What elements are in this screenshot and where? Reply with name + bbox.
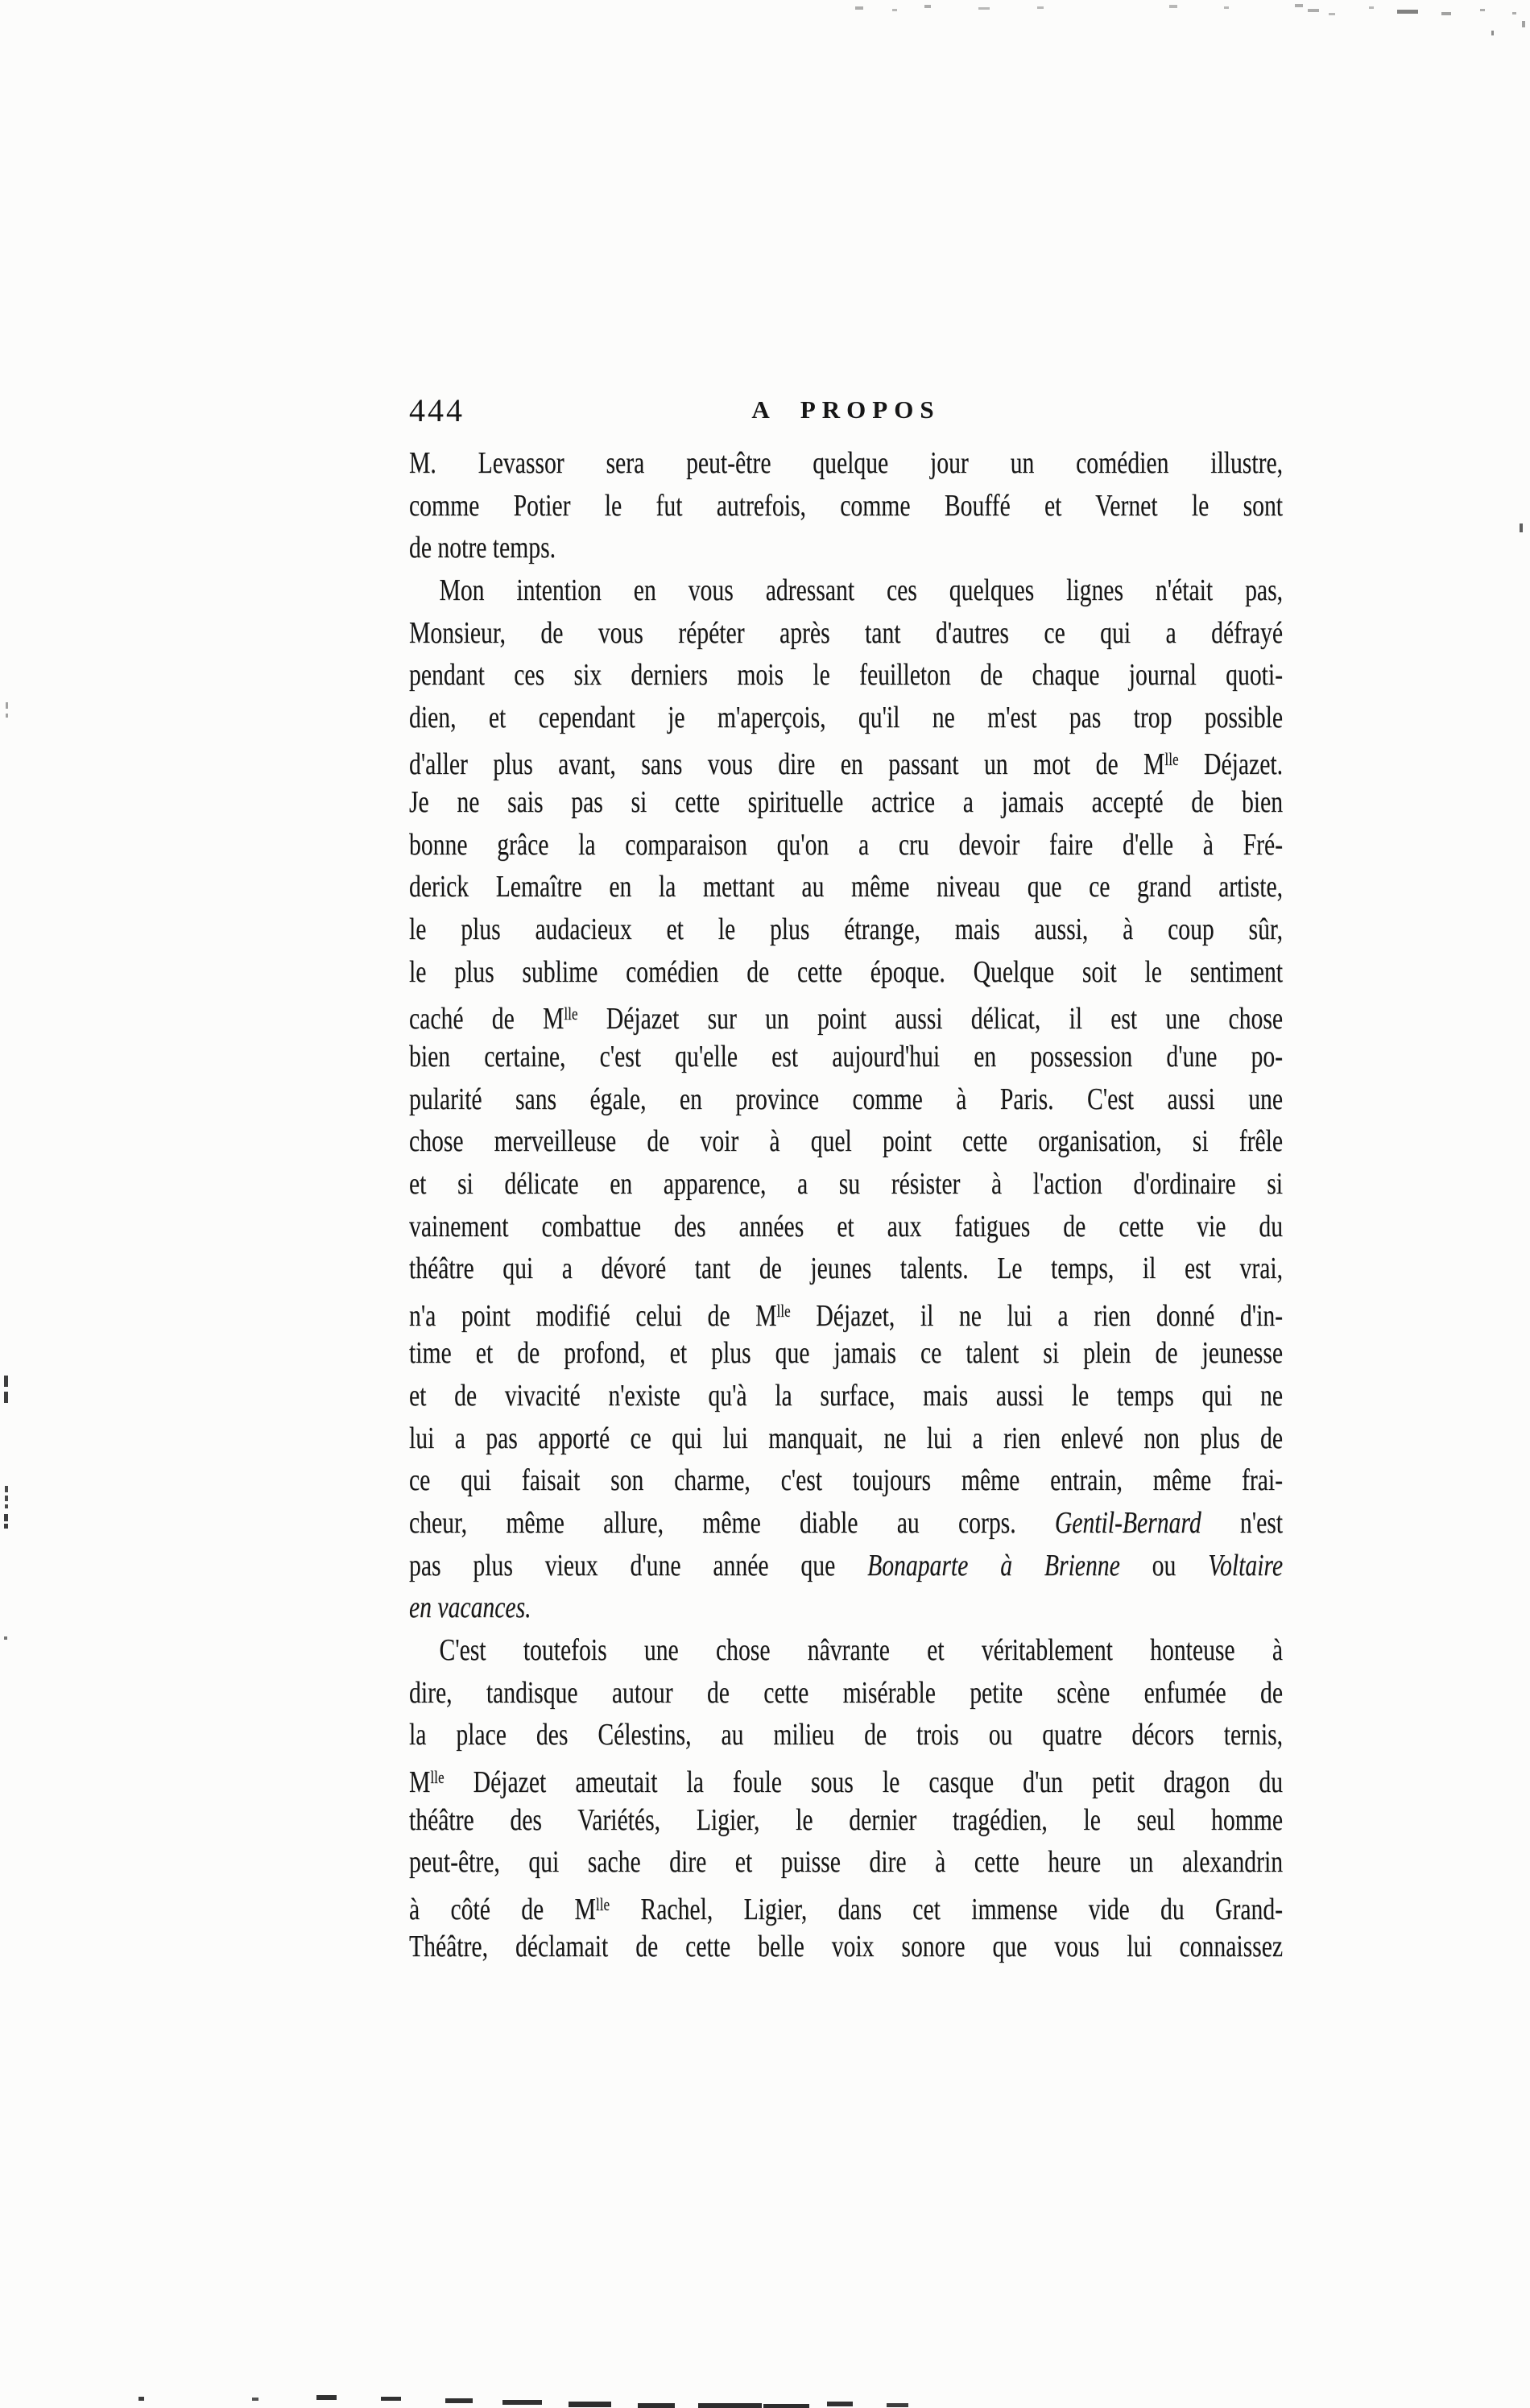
scan-speck (1520, 523, 1523, 532)
scan-speck (4, 1514, 8, 1521)
text-segment: derick Lemaître en la mettant au même ni… (409, 870, 1283, 904)
superscript-text: lle (430, 1767, 444, 1787)
text-segment: Déjazet ameutait la foule sous le casque… (445, 1765, 1283, 1799)
scan-speck (5, 1496, 8, 1501)
text-segment: pularité sans égale, en province comme à… (409, 1082, 1283, 1116)
text-line: caché de Mlle Déjazet sur un point aussi… (409, 993, 1283, 1036)
scan-speck (4, 1376, 8, 1387)
text-segment: peut-être, qui sache dire et puisse dire… (409, 1845, 1283, 1879)
text-segment: Rachel, Ligier, dans cet immense vide du… (610, 1893, 1283, 1926)
text-line: et si délicate en apparence, a su résist… (409, 1163, 1283, 1206)
scan-speck (1480, 9, 1485, 11)
text-segment: pas plus vieux d'une année que (409, 1549, 867, 1583)
text-segment: dire, tandisque autour de cette misérabl… (409, 1676, 1283, 1710)
text-line: pularité sans égale, en province comme à… (409, 1078, 1283, 1121)
text-line: Théâtre, déclamait de cette belle voix s… (409, 1926, 1283, 1968)
text-line: théâtre qui a dévoré tant de jeunes tale… (409, 1247, 1283, 1290)
text-segment: Théâtre, déclamait de cette belle voix s… (409, 1930, 1283, 1963)
scan-speck (978, 7, 990, 10)
text-segment: lui a pas apporté ce qui lui manquait, n… (409, 1421, 1283, 1455)
scan-speck (4, 1392, 8, 1403)
text-segment: chose merveilleuse de voir à quel point … (409, 1124, 1283, 1158)
text-line: n'a point modifié celui de Mlle Déjazet,… (409, 1290, 1283, 1333)
scan-speck (698, 2403, 762, 2408)
book-page: 444 A PROPOS M. Levassor sera peut-être … (0, 0, 1530, 2408)
text-segment: Je ne sais pas si cette spirituelle actr… (409, 785, 1283, 819)
text-segment: dien, et cependant je m'aperçois, qu'il … (409, 701, 1283, 734)
text-segment: C'est toutefois une chose nâvrante et vé… (439, 1633, 1283, 1667)
scan-speck (445, 2398, 473, 2403)
text-block: M. Levassor sera peut-être quelque jour … (409, 442, 1283, 1968)
scan-speck (1512, 12, 1516, 14)
text-segment: bien certaine, c'est qu'elle est aujourd… (409, 1040, 1283, 1074)
text-line: M. Levassor sera peut-être quelque jour … (409, 442, 1283, 485)
text-segment: ce qui faisait son charme, c'est toujour… (409, 1463, 1283, 1497)
text-line: comme Potier le fut autrefois, comme Bou… (409, 485, 1283, 528)
text-line: cheur, même allure, même diable au corps… (409, 1502, 1283, 1545)
scan-speck (139, 2397, 144, 2401)
scan-speck (887, 2403, 908, 2407)
text-line: ce qui faisait son charme, c'est toujour… (409, 1459, 1283, 1502)
scan-speck (1224, 6, 1229, 9)
text-line: vainement combattue des années et aux fa… (409, 1206, 1283, 1248)
text-segment: Bonaparte à Brienne (867, 1549, 1120, 1583)
text-line: pas plus vieux d'une année que Bonaparte… (409, 1545, 1283, 1587)
text-segment: Déjazet sur un point aussi délicat, il e… (578, 1002, 1283, 1036)
text-line: d'aller plus avant, sans vous dire en pa… (409, 739, 1283, 781)
text-line: Mon intention en vous adressant ces quel… (409, 569, 1283, 612)
scan-speck (855, 6, 863, 10)
text-segment: cheur, même allure, même diable au corps… (409, 1506, 1055, 1540)
text-line: Je ne sais pas si cette spirituelle actr… (409, 781, 1283, 824)
text-segment: ou (1120, 1549, 1208, 1583)
text-segment: Monsieur, de vous répéter après tant d'a… (409, 616, 1283, 650)
scan-speck (252, 2398, 258, 2401)
scan-speck (1397, 10, 1418, 14)
text-line: en vacances. (409, 1587, 1283, 1629)
scan-speck (1491, 31, 1494, 35)
scan-speck (4, 1636, 7, 1640)
scan-speck (892, 9, 897, 11)
text-segment: le plus sublime comédien de cette époque… (409, 955, 1283, 989)
text-line: le plus sublime comédien de cette époque… (409, 951, 1283, 994)
text-line: C'est toutefois une chose nâvrante et vé… (409, 1629, 1283, 1672)
text-line: et de vivacité n'existe qu'à la surface,… (409, 1375, 1283, 1417)
text-segment: théâtre des Variétés, Ligier, le dernier… (409, 1803, 1283, 1837)
text-line: Monsieur, de vous répéter après tant d'a… (409, 612, 1283, 655)
page-number: 444 (409, 391, 465, 429)
superscript-text: lle (596, 1894, 610, 1914)
text-segment: et si délicate en apparence, a su résist… (409, 1167, 1283, 1201)
text-line: peut-être, qui sache dire et puisse dire… (409, 1841, 1283, 1884)
superscript-text: lle (1164, 749, 1178, 769)
scan-speck (316, 2395, 337, 2400)
scan-speck (5, 1504, 8, 1508)
text-segment: n'a point modifié celui de M (409, 1299, 777, 1333)
text-line: théâtre des Variétés, Ligier, le dernier… (409, 1799, 1283, 1842)
text-line: time et de profond, et plus que jamais c… (409, 1332, 1283, 1375)
scan-speck (763, 2404, 809, 2408)
text-line: le plus audacieux et le plus étrange, ma… (409, 908, 1283, 951)
page-header: 444 A PROPOS (409, 390, 1283, 427)
text-segment: et de vivacité n'existe qu'à la surface,… (409, 1379, 1283, 1413)
text-segment: de notre temps. (409, 531, 556, 565)
scan-speck (827, 2402, 853, 2406)
text-line: pendant ces six derniers mois le feuille… (409, 654, 1283, 697)
scan-speck (6, 714, 8, 718)
text-line: derick Lemaître en la mettant au même ni… (409, 866, 1283, 908)
scan-speck (1037, 6, 1044, 9)
scan-speck (1369, 6, 1374, 9)
text-segment: caché de M (409, 1002, 564, 1036)
scan-speck (1169, 5, 1177, 8)
text-line: dire, tandisque autour de cette misérabl… (409, 1672, 1283, 1715)
text-segment: comme Potier le fut autrefois, comme Bou… (409, 489, 1283, 523)
text-segment: vainement combattue des années et aux fa… (409, 1210, 1283, 1243)
text-line: de notre temps. (409, 527, 1283, 569)
text-segment: Déjazet. (1179, 748, 1283, 782)
scan-speck (1329, 13, 1335, 15)
running-title: A PROPOS (409, 390, 1283, 424)
scan-speck (381, 2397, 401, 2401)
text-line: dien, et cependant je m'aperçois, qu'il … (409, 697, 1283, 739)
text-segment: Gentil-Bernard (1055, 1506, 1201, 1540)
text-segment: Déjazet, il ne lui a rien donné d'in- (791, 1299, 1283, 1333)
text-line: chose merveilleuse de voir à quel point … (409, 1120, 1283, 1163)
text-segment: pendant ces six derniers mois le feuille… (409, 658, 1283, 692)
text-segment: d'aller plus avant, sans vous dire en pa… (409, 748, 1164, 782)
text-segment: n'est (1201, 1506, 1283, 1540)
text-segment: Voltaire (1208, 1549, 1283, 1583)
text-segment: time et de profond, et plus que jamais c… (409, 1336, 1283, 1370)
text-segment: M. Levassor sera peut-être quelque jour … (409, 446, 1283, 480)
scan-speck (1295, 4, 1303, 7)
scan-speck (1522, 21, 1525, 27)
text-line: à côté de Mlle Rachel, Ligier, dans cet … (409, 1884, 1283, 1926)
text-segment: M (409, 1765, 430, 1799)
text-segment: Mon intention en vous adressant ces quel… (439, 573, 1283, 607)
scan-speck (1441, 12, 1451, 15)
superscript-text: lle (777, 1301, 791, 1321)
text-line: lui a pas apporté ce qui lui manquait, n… (409, 1417, 1283, 1460)
text-line: la place des Célestins, au milieu de tro… (409, 1714, 1283, 1756)
text-line: bien certaine, c'est qu'elle est aujourd… (409, 1036, 1283, 1078)
text-line: bonne grâce la comparaison qu'on a cru d… (409, 824, 1283, 867)
scan-speck (638, 2403, 675, 2408)
scan-speck (4, 1524, 8, 1529)
scan-speck (5, 1486, 8, 1492)
scan-speck (569, 2402, 611, 2407)
text-segment: la place des Célestins, au milieu de tro… (409, 1718, 1283, 1752)
text-segment: le plus audacieux et le plus étrange, ma… (409, 912, 1283, 946)
text-segment: en vacances. (409, 1591, 531, 1624)
text-line: Mlle Déjazet ameutait la foule sous le c… (409, 1756, 1283, 1799)
scan-speck (924, 5, 931, 8)
scan-speck (1308, 9, 1319, 12)
text-segment: théâtre qui a dévoré tant de jeunes tale… (409, 1252, 1283, 1285)
text-segment: à côté de M (409, 1893, 596, 1926)
text-segment: bonne grâce la comparaison qu'on a cru d… (409, 828, 1283, 862)
scan-speck (6, 702, 8, 709)
scan-speck (502, 2400, 542, 2405)
superscript-text: lle (564, 1003, 577, 1024)
